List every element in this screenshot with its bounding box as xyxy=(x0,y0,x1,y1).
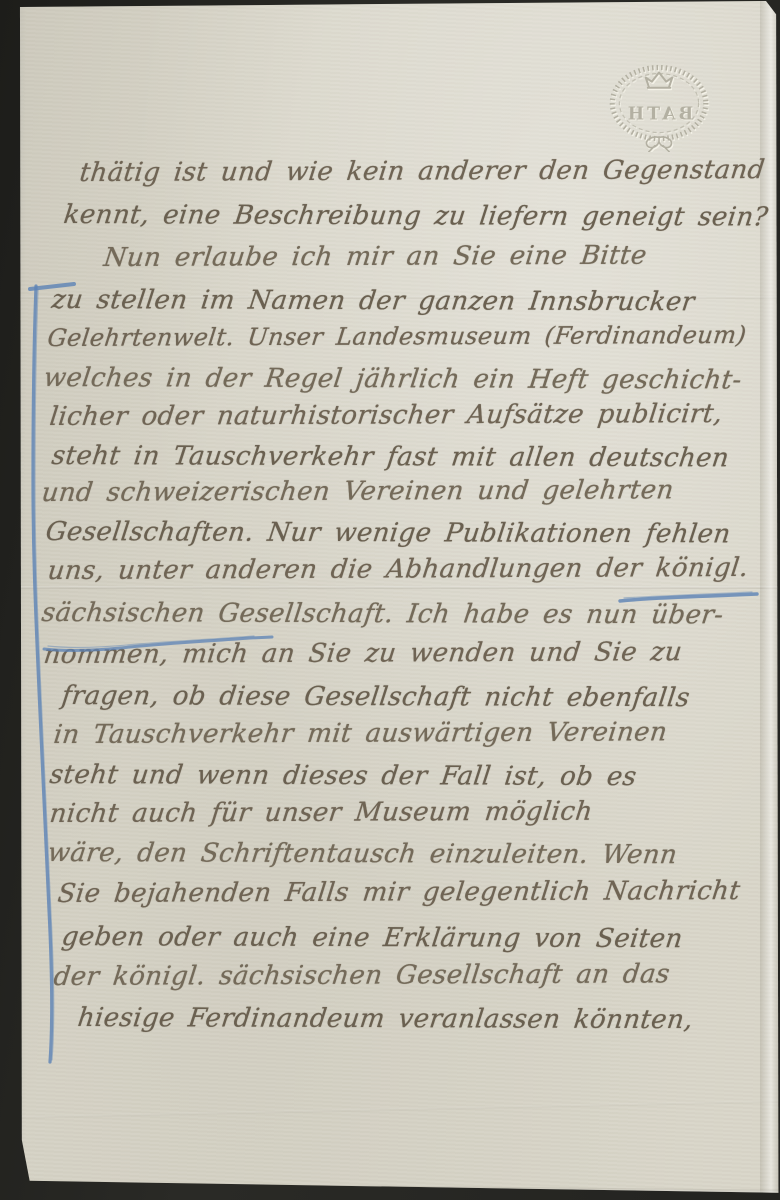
handwriting-line: thätig ist und wie kein anderer den Gege… xyxy=(78,155,767,188)
handwriting-line: Gesellschaften. Nur wenige Publikationen… xyxy=(44,517,732,549)
handwriting-line: sächsischen Gesellschaft. Ich habe es nu… xyxy=(40,598,725,630)
handwriting-line: Nun erlaube ich mir an Sie eine Bitte xyxy=(102,241,648,273)
handwriting-line: Sie bejahenden Falls mir gelegentlich Na… xyxy=(56,876,742,909)
handwriting-line: zu stellen im Namen der ganzen Innsbruck… xyxy=(50,285,697,317)
handwriting-line: in Tauschverkehr mit auswärtigen Vereine… xyxy=(52,717,669,750)
handwriting-line: Gelehrtenwelt. Unser Landesmuseum (Ferdi… xyxy=(46,321,748,352)
handwriting-line: nicht auch für unser Museum möglich xyxy=(48,797,594,829)
handwriting-line: hiesige Ferdinandeum veranlassen könnten… xyxy=(76,1003,695,1035)
letter-body: thätig ist und wie kein anderer den Gege… xyxy=(0,0,780,1200)
handwriting-line: der königl. sächsischen Gesellschaft an … xyxy=(52,959,672,992)
handwriting-line: steht und wenn dieses der Fall ist, ob e… xyxy=(48,760,638,792)
handwriting-line: nommen, mich an Sie zu wenden und Sie zu xyxy=(42,637,684,670)
letter-page: BATH thätig ist und wie kein anderer den… xyxy=(0,0,780,1200)
handwriting-line: licher oder naturhistorischer Aufsätze p… xyxy=(48,399,724,432)
handwriting-line: geben oder auch eine Erklärung von Seite… xyxy=(60,922,685,954)
handwriting-line: und schweizerischen Vereinen und gelehrt… xyxy=(40,475,676,508)
handwriting-line: kennt, eine Beschreibung zu liefern gene… xyxy=(62,200,770,232)
handwriting-line: uns, unter anderen die Abhandlungen der … xyxy=(46,553,750,586)
handwriting-line: wäre, den Schriftentausch einzuleiten. W… xyxy=(46,838,679,870)
handwriting-line: fragen, ob diese Gesellschaft nicht eben… xyxy=(60,681,692,713)
handwriting-line: steht in Tauschverkehr fast mit allen de… xyxy=(50,441,731,473)
handwriting-line: welches in der Regel jährlich ein Heft g… xyxy=(42,363,744,395)
